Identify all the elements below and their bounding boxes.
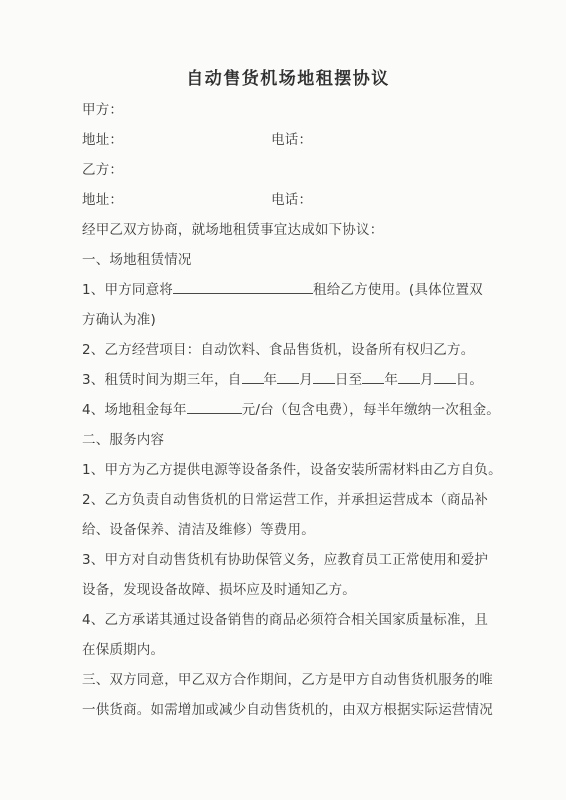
clause-1-3-month2: 月: [420, 372, 434, 388]
clause-1-4-post: 元/台（包含电费），每半年缴纳一次租金。: [242, 402, 500, 418]
section-3-line2: 一供货商。如需增加或减少自动售货机的，由双方根据实际运营情况: [82, 695, 510, 725]
clause-1-3-day-end: 日。: [456, 372, 483, 388]
blank-term-start-year: [242, 372, 264, 384]
clause-2-4-line2: 在保质期内。: [82, 635, 510, 665]
clause-1-4: 4、场地租金每年元/台（包含电费），每半年缴纳一次租金。: [82, 395, 510, 425]
blank-site-location: [173, 282, 313, 294]
blank-rent-amount: [187, 402, 242, 414]
clause-1-3-year1: 年: [264, 372, 278, 388]
party-b-address-label: 地址：: [82, 192, 123, 208]
section-3-line1: 三、双方同意，甲乙双方合作期间，乙方是甲方自动售货机服务的唯: [82, 665, 510, 695]
clause-1-3-day-to: 日至: [335, 372, 362, 388]
clause-2-2-line1: 2、乙方负责自动售货机的日常运营工作，并承担运营成本（商品补: [82, 485, 510, 515]
document-page: 自动售货机场地租摆协议 甲方： 地址：电话： 乙方： 地址：电话： 经甲乙双方协…: [0, 0, 566, 800]
party-a-label: 甲方：: [82, 102, 123, 118]
clause-2-3-line1: 3、甲方对自动售货机有协助保管义务，应教育员工正常使用和爱护: [82, 545, 510, 575]
clause-1-3: 3、租赁时间为期三年，自年月日至年月日。: [82, 365, 510, 395]
clause-2-3-line2: 设备，发现设备故障、损坏应及时通知乙方。: [82, 575, 510, 605]
intro-line: 经甲乙双方协商，就场地租赁事宜达成如下协议：: [82, 215, 510, 245]
blank-term-end-month: [398, 372, 420, 384]
clause-1-3-pre: 3、租赁时间为期三年，自: [82, 372, 242, 388]
blank-term-end-year: [362, 372, 384, 384]
blank-term-start-month: [277, 372, 299, 384]
party-b-label: 乙方：: [82, 162, 123, 178]
clause-1-1: 1、甲方同意将租给乙方使用。(具体位置双: [82, 275, 510, 305]
clause-2-4-line1: 4、乙方承诺其通过设备销售的商品必须符合相关国家质量标准，且: [82, 605, 510, 635]
party-a-phone-label: 电话：: [271, 132, 312, 148]
clause-1-1-continuation: 方确认为准): [82, 305, 510, 335]
line-party-a: 甲方：: [82, 95, 510, 125]
line-party-a-contact: 地址：电话：: [82, 125, 510, 155]
clause-1-1-post: 租给乙方使用。(具体位置双: [313, 282, 483, 298]
clause-2-1: 1、甲方为乙方提供电源等设备条件，设备安装所需材料由乙方自负。: [82, 455, 510, 485]
clause-1-1-pre: 1、甲方同意将: [82, 282, 173, 298]
party-b-phone-label: 电话：: [271, 192, 312, 208]
clause-1-3-year2: 年: [384, 372, 398, 388]
line-party-b-contact: 地址：电话：: [82, 185, 510, 215]
line-party-b: 乙方：: [82, 155, 510, 185]
document-title: 自动售货机场地租摆协议: [66, 64, 510, 95]
clause-1-2: 2、乙方经营项目：自动饮料、食品售货机，设备所有权归乙方。: [82, 335, 510, 365]
blank-term-start-day: [313, 372, 335, 384]
clause-2-2-line2: 给、设备保养、清洁及维修）等费用。: [82, 515, 510, 545]
blank-term-end-day: [434, 372, 456, 384]
party-a-address-label: 地址：: [82, 132, 123, 148]
heading-section-1: 一、场地租赁情况: [82, 245, 510, 275]
clause-1-3-month1: 月: [299, 372, 313, 388]
heading-section-2: 二、服务内容: [82, 425, 510, 455]
clause-1-4-pre: 4、场地租金每年: [82, 402, 187, 418]
